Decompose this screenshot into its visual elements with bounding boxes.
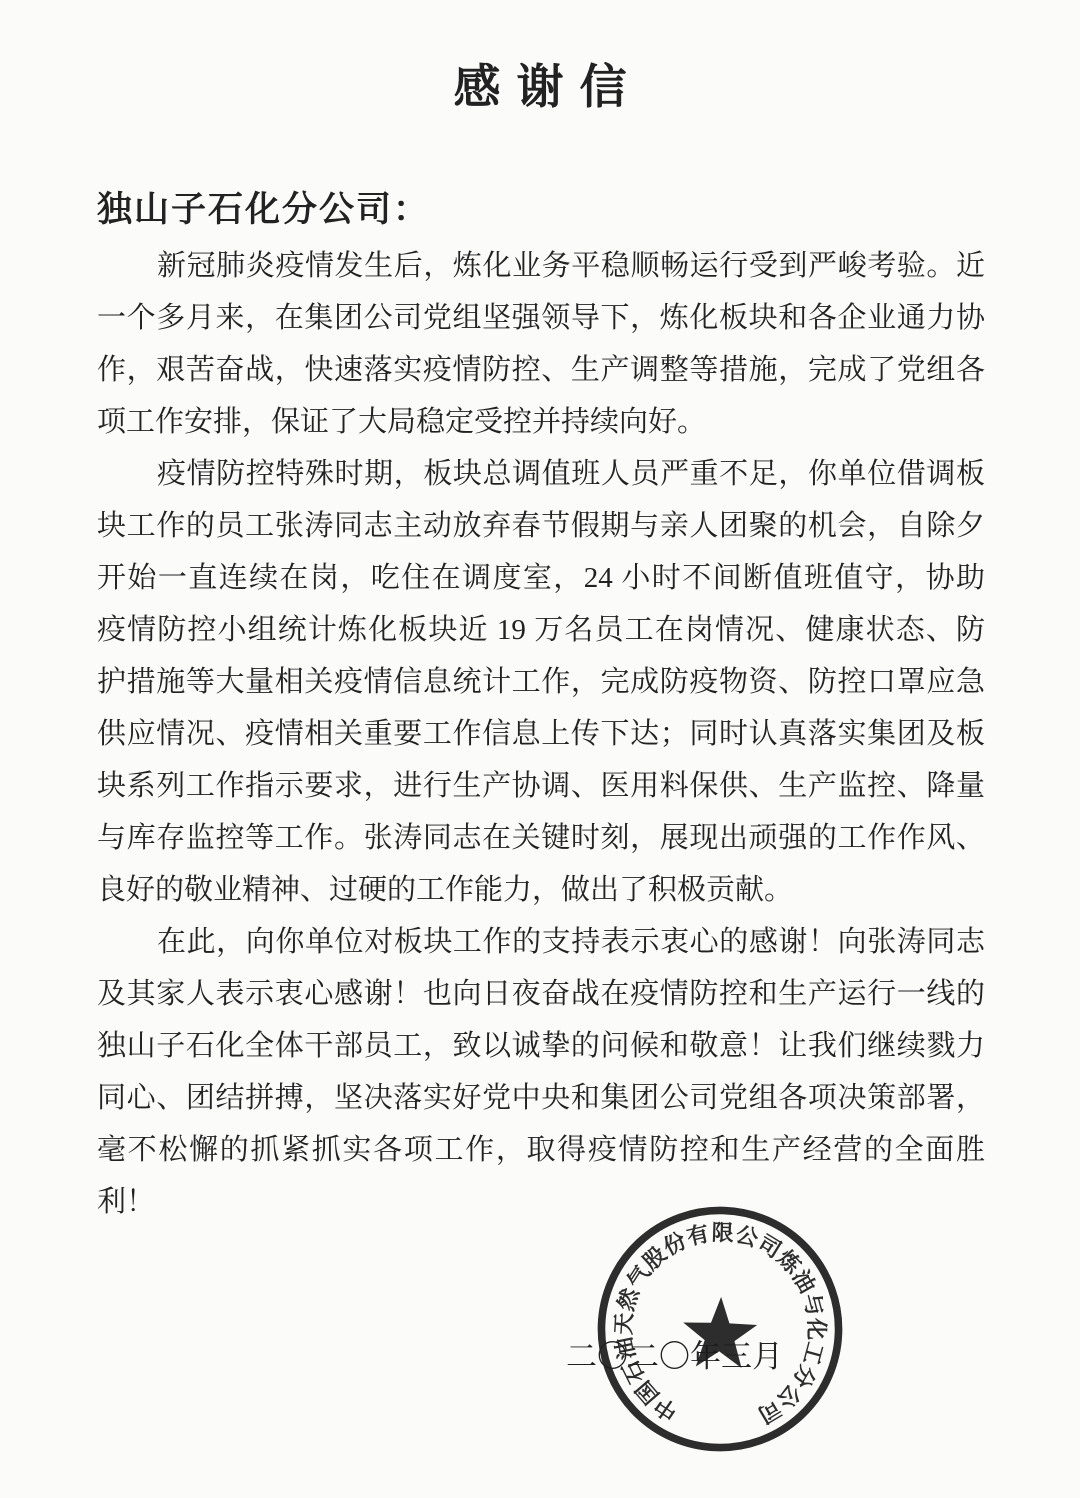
body-line: 一个多月来，在集团公司党组坚强领导下，炼化板块和各企业通力协 [97, 292, 985, 344]
seal-graphic: 中国石油天然气股份有限公司炼油与化工分公司 [589, 1198, 852, 1461]
body-line: 项工作安排，保证了大局稳定受控并持续向好。 [97, 396, 985, 448]
body-line: 块系列工作指示要求，进行生产协调、医用料保供、生产监控、降量 [97, 760, 985, 812]
salutation: 独山子石化分公司： [97, 182, 430, 232]
body-line: 独山子石化全体干部员工，致以诚挚的问候和敬意！让我们继续戮力 [97, 1020, 985, 1072]
body-line: 块工作的员工张涛同志主动放弃春节假期与亲人团聚的机会，自除夕 [97, 500, 985, 552]
body-line: 疫情防控小组统计炼化板块近 19 万名员工在岗情况、健康状态、防 [97, 604, 985, 656]
body-line: 同心、团结拼搏，坚决落实好党中央和集团公司党组各项决策部署， [97, 1072, 985, 1124]
letter-page: 感谢信 独山子石化分公司： 新冠肺炎疫情发生后，炼化业务平稳顺畅运行受到严峻考验… [0, 0, 1080, 1498]
body-line: 护措施等大量相关疫情信息统计工作，完成防疫物资、防控口罩应急 [97, 656, 985, 708]
body-line: 在此，向你单位对板块工作的支持表示衷心的感谢！向张涛同志 [97, 916, 985, 968]
body-line: 毫不松懈的抓紧抓实各项工作，取得疫情防控和生产经营的全面胜 [97, 1124, 985, 1176]
body-line: 疫情防控特殊时期，板块总调值班人员严重不足，你单位借调板 [97, 448, 985, 500]
star-icon [682, 1296, 758, 1369]
body-line: 作，艰苦奋战，快速落实疫情防控、生产调整等措施，完成了党组各 [97, 344, 985, 396]
body-line: 及其家人表示衷心感谢！也向日夜奋战在疫情防控和生产运行一线的 [97, 968, 985, 1020]
letter-body: 新冠肺炎疫情发生后，炼化业务平稳顺畅运行受到严峻考验。近一个多月来，在集团公司党… [97, 240, 985, 1228]
body-line: 良好的敬业精神、过硬的工作能力，做出了积极贡献。 [97, 864, 985, 916]
body-line: 与库存监控等工作。张涛同志在关键时刻，展现出顽强的工作作风、 [97, 812, 985, 864]
body-line: 利！ [97, 1176, 985, 1228]
letter-title: 感谢信 [0, 50, 1080, 117]
body-line: 开始一直连续在岗，吃住在调度室，24 小时不间断值班值守，协助 [97, 552, 985, 604]
body-line: 供应情况、疫情相关重要工作信息上传下达；同时认真落实集团及板 [97, 708, 985, 760]
company-seal: 中国石油天然气股份有限公司炼油与化工分公司 [589, 1198, 852, 1461]
body-line: 新冠肺炎疫情发生后，炼化业务平稳顺畅运行受到严峻考验。近 [97, 240, 985, 292]
